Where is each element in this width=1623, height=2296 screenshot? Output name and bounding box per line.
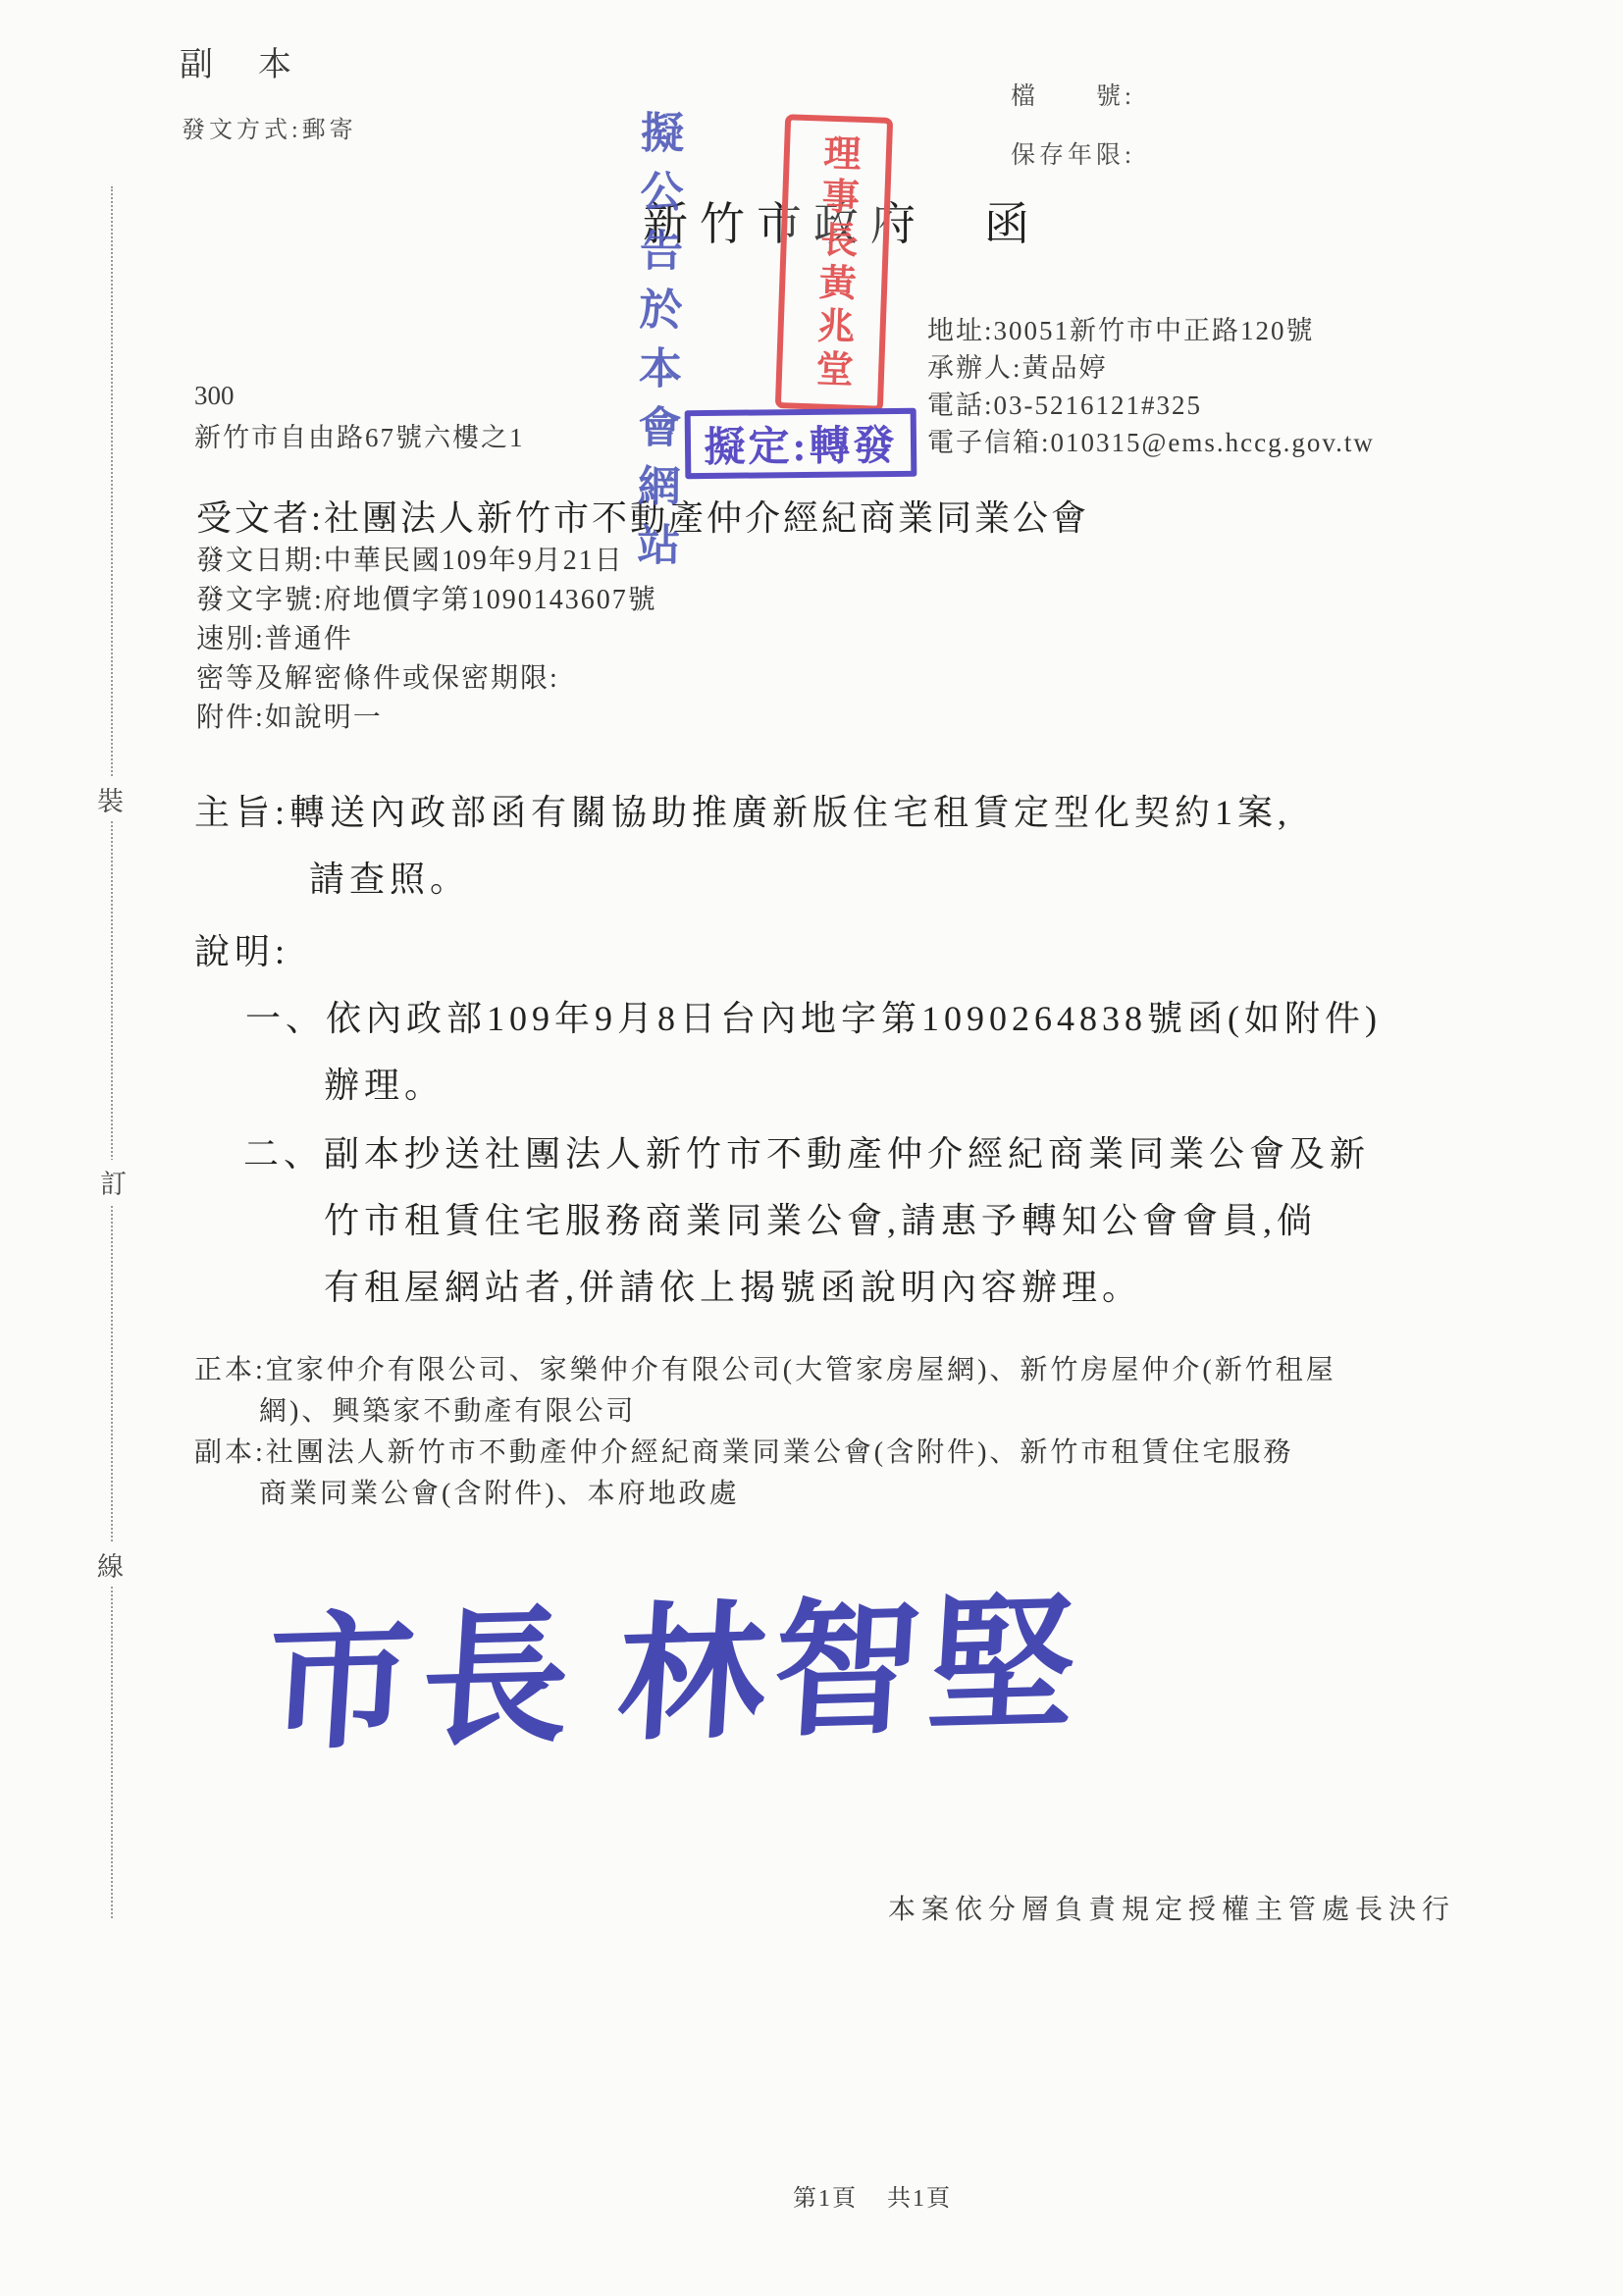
recipient-zip: 300 <box>194 381 235 411</box>
binding-mark-zhuang: 裝 <box>97 777 124 821</box>
page-number-footer: 第1頁共1頁 <box>793 2178 952 2213</box>
chairman-red-stamp-text: 理事長黃兆堂 <box>811 132 857 392</box>
explanation-item2-line3: 有租屋網站者,併請依上揭號函說明內容辦理。 <box>324 1260 1142 1310</box>
speed-class: 速別:普通件 <box>196 620 657 659</box>
meta-block: 發文日期:中華民國109年9月21日 發文字號:府地價字第1090143607號… <box>196 542 657 738</box>
explanation-item1-line1: 一、依內政部109年9月8日台內地字第1090264838號函(如附件) <box>245 991 1382 1041</box>
explanation-item2-line2: 竹市租賃住宅服務商業同業公會,請惠予轉知公會會員,倘 <box>324 1193 1317 1243</box>
subject-line-2: 請查照。 <box>309 852 470 902</box>
recipient-street-address: 新竹市自由路67號六樓之1 <box>194 416 525 454</box>
copy-recipients-line1: 副本:社團法人新竹市不動產仲介經紀商業同業公會(含附件)、新竹市租賃住宅服務 <box>194 1431 1293 1470</box>
original-recipients-line2: 網)、興築家不動產有限公司 <box>259 1389 636 1429</box>
copy-recipients-line2: 商業同業公會(含附件)、本府地政處 <box>259 1472 740 1511</box>
binding-mark-ding: 訂 <box>100 1160 127 1204</box>
binding-dotted-line <box>111 186 113 1918</box>
contact-phone: 電話:03-5216121#325 <box>927 387 1375 424</box>
issue-date: 發文日期:中華民國109年9月21日 <box>196 542 657 581</box>
copy-label: 副 本 <box>180 37 297 85</box>
action-purple-stamp: 擬定:轉發 <box>685 408 917 479</box>
contact-block: 地址:30051新竹市中正路120號 承辦人:黃品婷 電話:03-5216121… <box>927 312 1375 461</box>
signature-name: 林智堅 <box>613 1584 1088 1759</box>
document-page: 副 本 發文方式:郵寄 檔 號: 保存年限: 新竹市政府函 擬公告於本會網站 理… <box>0 0 1623 2296</box>
page-current: 第1頁 <box>793 2186 858 2212</box>
contact-address: 地址:30051新竹市中正路120號 <box>927 312 1375 349</box>
original-recipients-line1: 正本:宜家仲介有限公司、家樂仲介有限公司(大管家房屋網)、新竹房屋仲介(新竹租屋 <box>194 1348 1336 1387</box>
mayor-signature: 市長林智堅 <box>262 1577 1089 1775</box>
explanation-item1-line2: 辦理。 <box>324 1058 445 1108</box>
retention-period-label: 保存年限: <box>1011 135 1135 171</box>
explanation-item2-line1: 二、副本抄送社團法人新竹市不動產仲介經紀商業同業公會及新 <box>243 1126 1370 1176</box>
file-number-label: 檔 號: <box>1011 77 1135 112</box>
page-total: 共1頁 <box>887 2186 952 2212</box>
contact-email: 電子信箱:010315@ems.hccg.gov.tw <box>927 424 1375 461</box>
attachment-note: 附件:如說明一 <box>196 699 657 738</box>
security-class: 密等及解密條件或保密期限: <box>196 659 657 699</box>
binding-mark-xian: 線 <box>97 1542 124 1587</box>
chairman-red-stamp: 理事長黃兆堂 <box>775 114 893 412</box>
title-doc-type: 函 <box>984 199 1041 249</box>
authority-delegation-note: 本案依分層負責規定授權主管處長決行 <box>888 1888 1455 1927</box>
subject-line-1: 主旨:轉送內政部函有關協助推廣新版住宅租賃定型化契約1案, <box>194 785 1291 835</box>
blue-handwritten-note: 擬公告於本會網站 <box>632 110 680 620</box>
contact-handler: 承辦人:黃品婷 <box>927 349 1375 387</box>
signature-title: 市長 <box>262 1596 582 1768</box>
issue-number: 發文字號:府地價字第1090143607號 <box>196 581 657 620</box>
explanation-header: 說明: <box>194 924 289 974</box>
delivery-method: 發文方式:郵寄 <box>182 110 357 144</box>
